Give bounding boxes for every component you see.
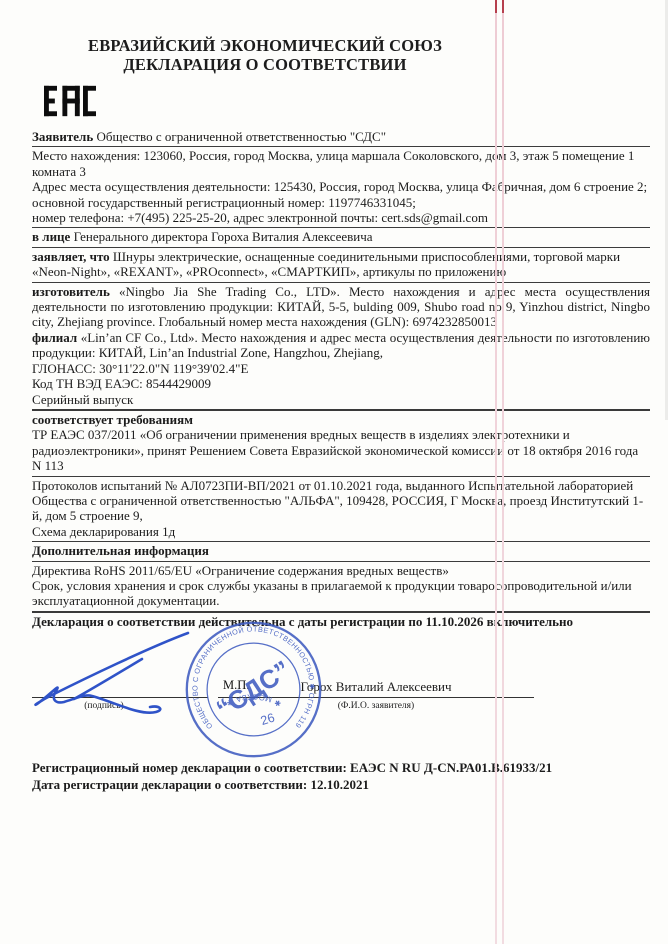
manufacturer-value: «Ningbo Jia She Trading Co., LTD». Место…: [32, 284, 650, 330]
document-body: Заявитель Общество с ограниченной ответс…: [32, 128, 650, 631]
declaration-document: ЕВРАЗИЙСКИЙ ЭКОНОМИЧЕСКИЙ СОЮЗ ДЕКЛАРАЦИ…: [0, 0, 668, 944]
storage-terms-line: Срок, условия хранения и срок службы ука…: [32, 578, 650, 609]
company-stamp-icon: ОБЩЕСТВО С ОГРАНИЧЕННОЙ ОТВЕТСТВЕННОСТЬЮ…: [181, 617, 326, 762]
manufacturer-row: изготовитель «Ningbo Jia She Trading Co.…: [32, 283, 650, 411]
requirements-row: соответствует требованиям ТР ЕАЭС 037/20…: [32, 411, 650, 477]
glonass-line: ГЛОНАСС: 30°11'22.0"N 119°39'02.4"E: [32, 361, 650, 376]
phone-email-line: номер телефона: +7(495) 225-25-20, адрес…: [32, 210, 650, 225]
signature-area: (подпись) М.П. Горох Виталий Алексеевич …: [0, 617, 668, 767]
declares-row: заявляет, что Шнуры электрические, оснащ…: [32, 248, 650, 283]
rohs-directive-line: Директива RoHS 2011/65/EU «Ограничение с…: [32, 563, 650, 578]
requirements-heading: соответствует требованиям: [32, 412, 193, 427]
applicant-label: Заявитель: [32, 129, 93, 144]
protocols-row: Протоколов испытаний № АЛ0723ПИ-ВП/2021 …: [32, 477, 650, 543]
registration-date-line: Дата регистрации декларации о соответств…: [32, 777, 652, 794]
serial-release-line: Серийный выпуск: [32, 392, 650, 407]
in-person-value: Генерального директора Гороха Виталия Ал…: [74, 229, 373, 244]
scan-margin-line-left: [495, 0, 497, 944]
registration-number-line: Регистрационный номер декларации о соотв…: [32, 760, 652, 777]
additional-info-row: Директива RoHS 2011/65/EU «Ограничение с…: [32, 562, 650, 613]
stamp-center-text: “СДС”: [211, 654, 296, 724]
eac-logo-icon: [44, 75, 96, 127]
title-union: ЕВРАЗИЙСКИЙ ЭКОНОМИЧЕСКИЙ СОЮЗ: [32, 36, 498, 55]
applicant-value: Общество с ограниченной ответственностью…: [96, 129, 386, 144]
manufacturer-label: изготовитель: [32, 284, 110, 299]
declaration-scheme-line: Схема декларирования 1д: [32, 524, 650, 539]
declares-label: заявляет, что: [32, 249, 110, 264]
additional-heading: Дополнительная информация: [32, 543, 209, 558]
registration-block: Регистрационный номер декларации о соотв…: [32, 760, 652, 793]
requirements-text: ТР ЕАЭС 037/2011 «Об ограничении примене…: [32, 427, 650, 473]
activity-address-line: Адрес места осуществления деятельности: …: [32, 179, 650, 210]
branch-paragraph: филиал «Lin’an CF Co., Ltd». Место нахож…: [32, 330, 650, 361]
in-person-label: в лице: [32, 229, 70, 244]
additional-heading-row: Дополнительная информация: [32, 542, 650, 561]
scan-margin-line-right: [502, 0, 504, 944]
in-person-row: в лице Генерального директора Гороха Вит…: [32, 228, 650, 247]
contacts-row: Место нахождения: 123060, Россия, город …: [32, 147, 650, 228]
tnved-code-line: Код ТН ВЭД ЕАЭС: 8544429009: [32, 376, 650, 391]
title-declaration: ДЕКЛАРАЦИЯ О СООТВЕТСТВИИ: [32, 55, 498, 74]
protocols-text: Протоколов испытаний № АЛ0723ПИ-ВП/2021 …: [32, 478, 650, 524]
branch-value: «Lin’an CF Co., Ltd». Место нахождения и…: [32, 330, 650, 360]
stamp-number: 26: [259, 710, 277, 728]
declares-value: Шнуры электрические, оснащенные соединит…: [32, 249, 620, 279]
manufacturer-paragraph: изготовитель «Ningbo Jia She Trading Co.…: [32, 284, 650, 330]
branch-label: филиал: [32, 330, 77, 345]
document-title: ЕВРАЗИЙСКИЙ ЭКОНОМИЧЕСКИЙ СОЮЗ ДЕКЛАРАЦИ…: [32, 36, 498, 74]
location-line: Место нахождения: 123060, Россия, город …: [32, 148, 650, 179]
applicant-row: Заявитель Общество с ограниченной ответс…: [32, 128, 650, 147]
